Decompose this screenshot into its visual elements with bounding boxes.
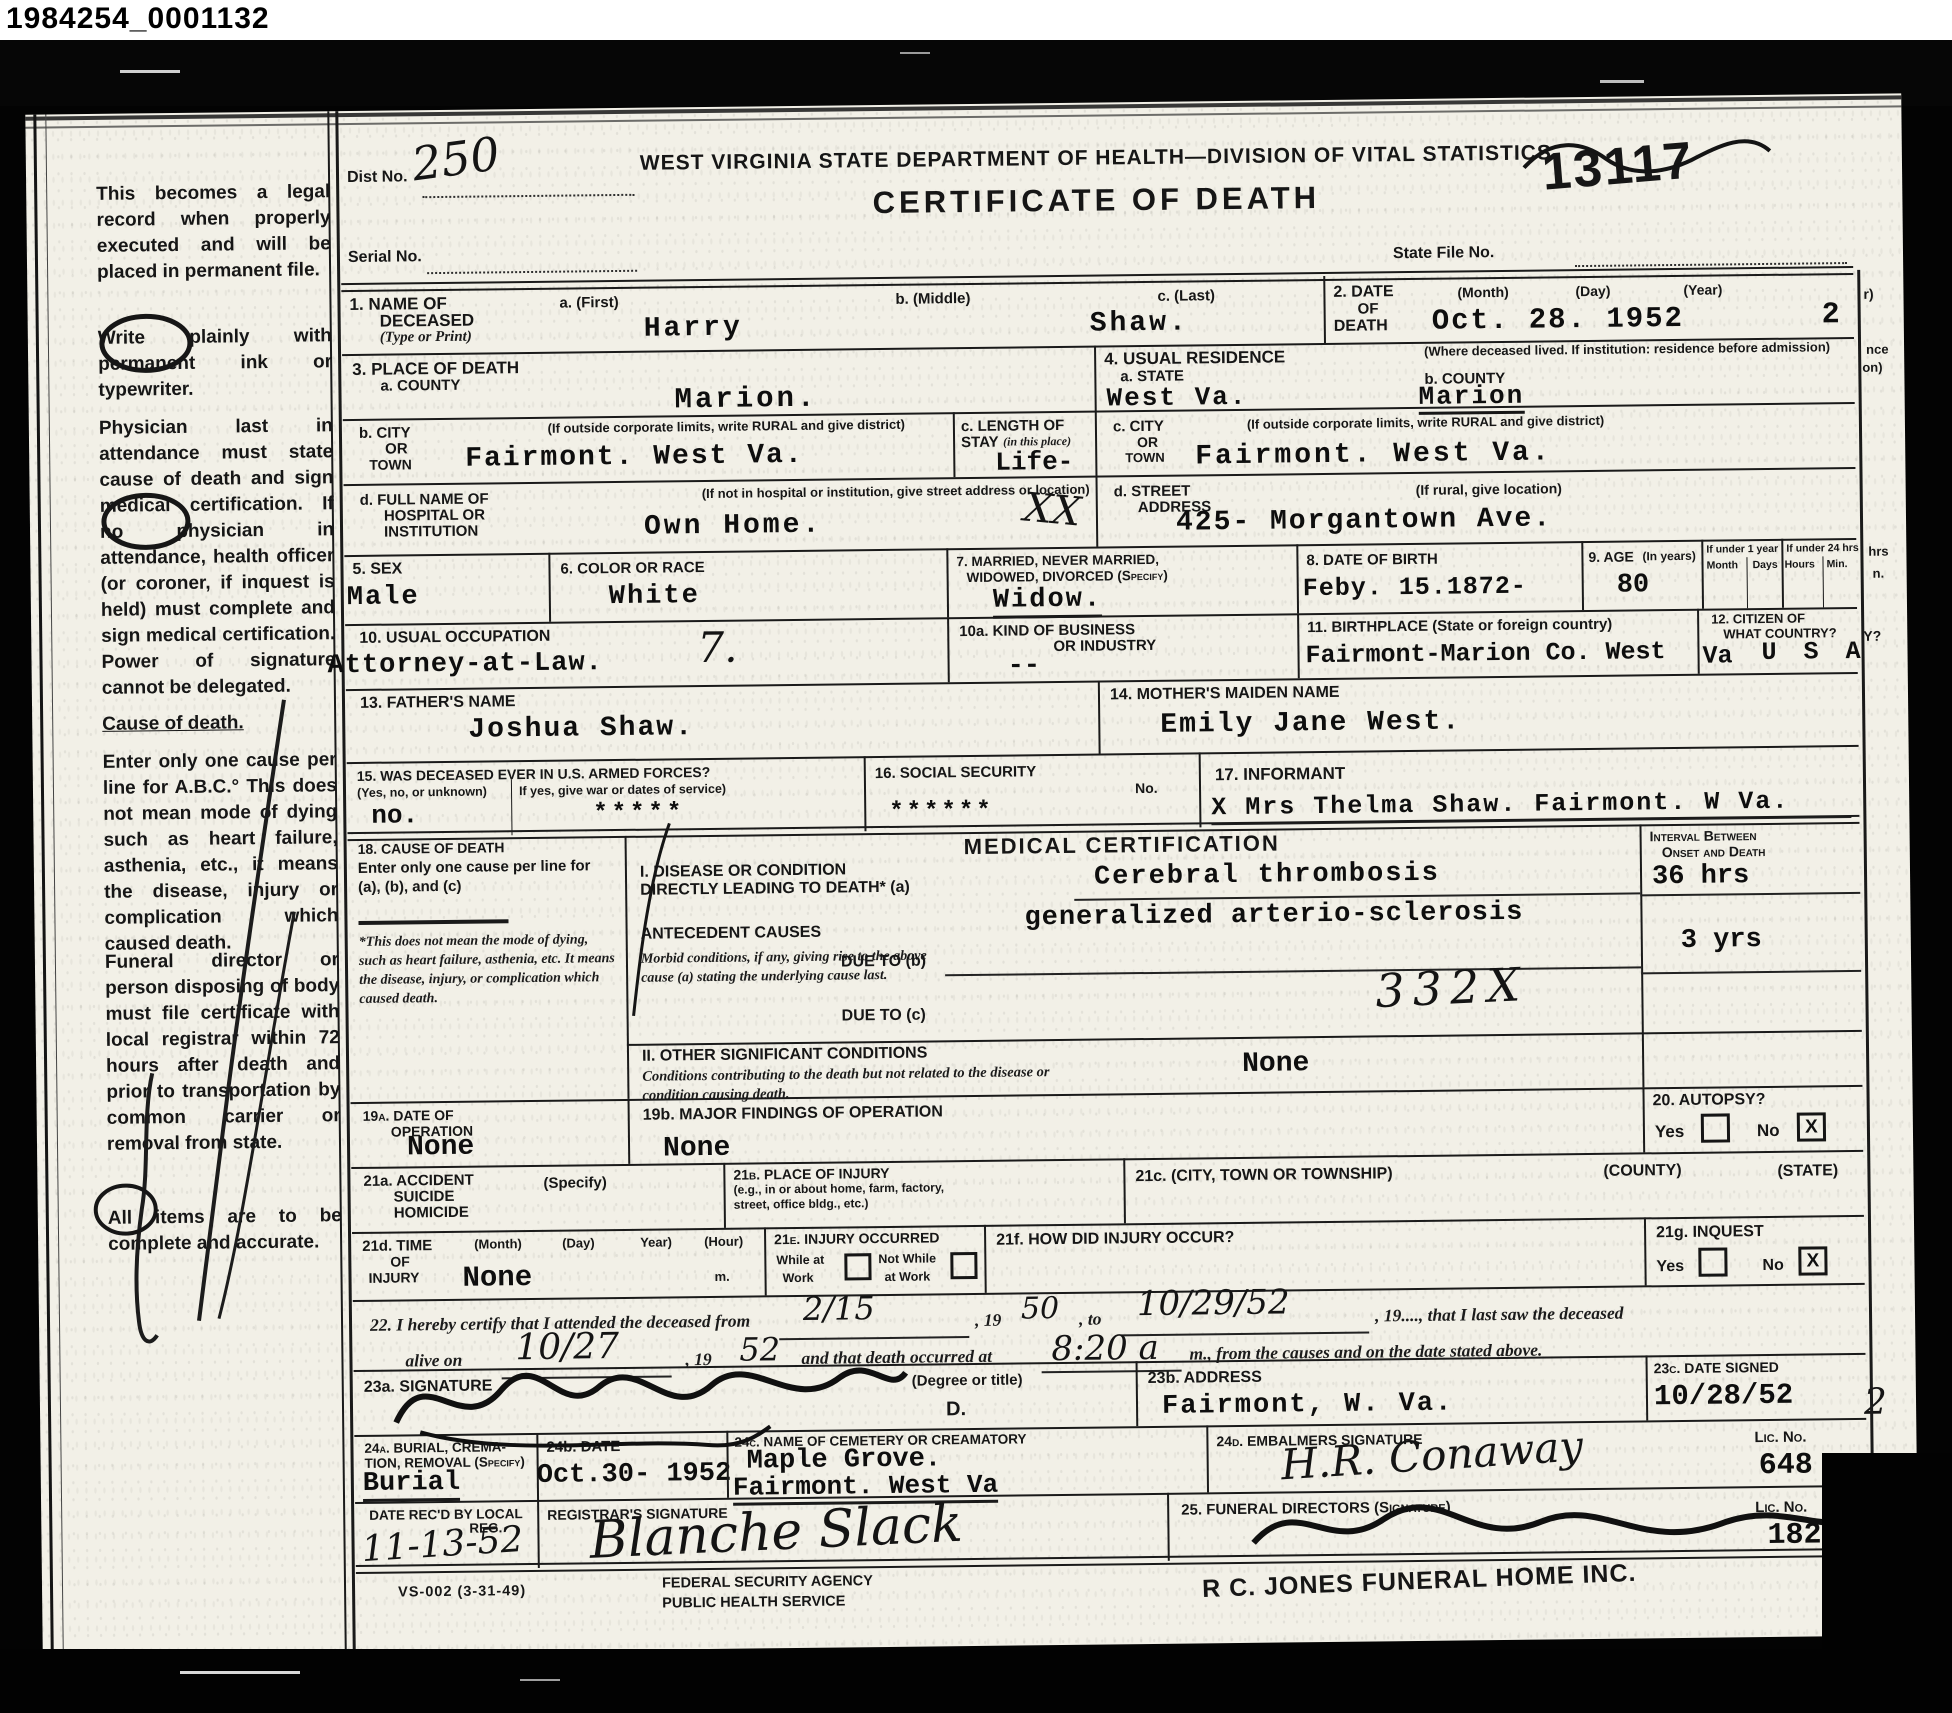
pod-city-label3: TOWN — [369, 456, 412, 472]
interval-line1 — [1640, 892, 1860, 896]
inquest-no-label: No — [1762, 1257, 1784, 1275]
form-number: VS-002 (3-31-49) — [398, 1583, 526, 1600]
page-edge-right — [1857, 270, 1875, 1555]
form-line — [723, 1163, 726, 1228]
form-line — [1781, 539, 1784, 608]
inquest-label: 21g. INQUEST — [1656, 1223, 1764, 1242]
date-signed-value: 10/28/52 — [1654, 1379, 1794, 1414]
injury-state-label: (STATE) — [1777, 1162, 1838, 1181]
toi-hour-label: (Hour) — [704, 1234, 743, 1249]
form-line — [864, 756, 867, 831]
form-line — [343, 402, 1855, 421]
state-file-stamp-number: 13117 — [1540, 131, 1696, 203]
form-line — [1123, 1158, 1126, 1223]
pod-city-value: Fairmont. West Va. — [465, 440, 804, 475]
embalmer-lic-value: 648 — [1759, 1449, 1813, 1484]
autopsy-label: 20. AUTOPSY? — [1653, 1091, 1766, 1110]
armed-forces-note2: If yes, give war or dates of service) — [519, 782, 726, 798]
due-to-b-label: DUE TO (b) — [841, 953, 926, 972]
interval-line2 — [1641, 970, 1861, 974]
inquest-yes-label: Yes — [1656, 1258, 1684, 1276]
stay-label: c. LENGTH OF — [961, 417, 1065, 435]
antecedent-label: ANTECEDENT CAUSES — [641, 924, 822, 944]
scan-fragment: Y? — [1863, 628, 1881, 644]
field1-label3: (Type or Print) — [380, 329, 472, 347]
form-line — [1644, 1217, 1647, 1285]
age-label: 9. AGE — [1588, 548, 1634, 565]
under1yr-month-label: Month — [1706, 559, 1738, 571]
middle-name-label: b. (Middle) — [895, 290, 970, 308]
certify-last-seen-date: 10/27 — [515, 1326, 619, 1368]
accident-label2: SUICIDE — [394, 1188, 455, 1206]
cause-note1: Enter only one cause per line for (a), (… — [358, 856, 610, 897]
res-county-value: Marion — [1418, 381, 1524, 415]
other-conditions-label: II. OTHER SIGNIFICANT CONDITIONS — [642, 1045, 928, 1066]
business-kind-label2: OR INDUSTRY — [1053, 637, 1156, 655]
form-line — [1746, 557, 1748, 608]
blank-line — [502, 1375, 672, 1379]
scan-fragment: r) — [1863, 286, 1873, 302]
res-city-label3: TOWN — [1125, 450, 1165, 465]
residence-note: (Where deceased lived. If institution: r… — [1424, 339, 1844, 360]
certify-year-1: 50 — [1021, 1291, 1060, 1326]
form-line — [354, 1418, 1866, 1437]
page-edge-left — [33, 115, 53, 1657]
under1yr-days-label: Days — [1752, 559, 1777, 571]
injury-city-label: 21c. (CITY, TOWN OR TOWNSHIP) — [1135, 1165, 1392, 1186]
marital-label: 7. MARRIED, NEVER MARRIED, — [956, 552, 1159, 569]
death-day-label: (Day) — [1575, 283, 1610, 299]
street-value: 425- Morgantown Ave. — [1176, 503, 1552, 538]
death-date-label: 2. DATE — [1333, 283, 1393, 302]
margin-note-one-cause: Enter only one cause per line for A.B.C.… — [103, 747, 339, 958]
place-of-injury-note: (e.g., in or about home, farm, factory, … — [733, 1180, 961, 1213]
certify-text-3: , to — [1079, 1309, 1102, 1330]
form-line — [946, 548, 949, 617]
interval-label: Interval Between — [1650, 827, 1757, 844]
form-line — [1098, 681, 1101, 754]
accident-label3: HOMICIDE — [394, 1204, 469, 1222]
time-of-injury-value: None — [462, 1261, 532, 1295]
death-date-label2: OF — [1358, 300, 1379, 317]
form-line — [625, 836, 630, 1099]
inquest-yes-checkbox — [1698, 1247, 1727, 1276]
business-kind-value: -- — [1007, 651, 1040, 681]
autopsy-yes-checkbox — [1701, 1113, 1730, 1142]
burial-value: Burial — [363, 1468, 461, 1502]
other-conditions-value: None — [1242, 1048, 1310, 1080]
burial-date-label: 24b. DATE — [546, 1438, 620, 1456]
form-line — [1095, 476, 1098, 547]
form-line — [1581, 541, 1584, 610]
armed-forces-stars: ***** — [593, 799, 685, 827]
scanned-death-certificate: 1984254_0001132 This becomes a legal rec… — [0, 0, 1952, 1713]
form-line — [511, 779, 513, 835]
form-line — [764, 1227, 767, 1295]
certify-to-date: 10/29/52 — [1137, 1282, 1290, 1324]
form-line — [1206, 1425, 1209, 1492]
mother-label: 14. MOTHER'S MAIDEN NAME — [1110, 684, 1340, 705]
scan-fragment: hrs — [1868, 544, 1888, 559]
certificate-paper: This becomes a legal record when properl… — [25, 93, 1918, 1656]
form-line — [953, 412, 956, 477]
armed-forces-label: 15. WAS DECEASED EVER IN U.S. ARMED FORC… — [357, 764, 711, 784]
form-line — [1639, 824, 1644, 1087]
margin-note-all-items: All items are to be complete and accurat… — [108, 1203, 343, 1258]
disease-label2: DIRECTLY LEADING TO DEATH* (a) — [640, 879, 910, 900]
toi-m-label: m. — [714, 1269, 729, 1284]
burial-label: 24a. BURIAL, CREMA- — [364, 1439, 506, 1456]
operation-date-label: 19a. DATE OF — [363, 1107, 454, 1124]
hospital-note: (If not in hospital or institution, give… — [650, 482, 1090, 502]
form-line — [1645, 1355, 1648, 1420]
under24hr-hours-label: Hours — [1784, 558, 1814, 570]
form-line — [1697, 609, 1700, 674]
form-line — [947, 617, 950, 682]
operation-date-value: None — [407, 1132, 475, 1164]
ssn-no-label: No. — [1135, 780, 1158, 796]
autopsy-no-checkbox: X — [1797, 1112, 1826, 1141]
agency-footer-2: PUBLIC HEALTH SERVICE — [662, 1593, 845, 1611]
operation-findings-label: 19b. MAJOR FINDINGS OF OPERATION — [643, 1103, 943, 1124]
sex-label: 5. SEX — [352, 560, 402, 579]
address-label: 23b. ADDRESS — [1148, 1369, 1262, 1388]
form-line — [548, 553, 551, 622]
occupation-handwritten-mark: 7. — [697, 623, 738, 672]
form-line — [627, 1030, 1862, 1046]
agency-footer-1: FEDERAL SECURITY AGENCY — [662, 1573, 873, 1591]
scan-noise-streak — [1600, 80, 1644, 83]
street-note: (If rural, give location) — [1416, 480, 1562, 498]
scan-bottom-band — [0, 1649, 1952, 1713]
serial-no-label: Serial No. — [348, 248, 422, 267]
scan-noise-streak — [900, 52, 930, 54]
dob-label: 8. DATE OF BIRTH — [1306, 551, 1438, 569]
form-line — [537, 1500, 540, 1568]
sex-value: Male — [347, 582, 420, 613]
first-name-value: Harry — [644, 313, 743, 345]
signature-label: 23a. SIGNATURE — [364, 1377, 493, 1396]
res-city-value: Fairmont. West Va. — [1195, 437, 1552, 472]
scan-noise-streak — [120, 70, 180, 73]
scan-noise-streak — [180, 1671, 300, 1674]
due-to-c-label: DUE TO (c) — [841, 1007, 925, 1026]
toi-month-label: (Month) — [474, 1236, 522, 1252]
first-name-label: a. (First) — [559, 294, 618, 312]
father-value: Joshua Shaw. — [468, 712, 694, 746]
time-of-injury-label: 21d. TIME — [362, 1237, 432, 1255]
form-line — [1095, 411, 1098, 476]
form-line — [347, 745, 1859, 764]
hospital-label3: INSTITUTION — [384, 523, 478, 541]
injury-notwhile-label2: at Work — [884, 1270, 930, 1285]
margin-note-legal-record: This becomes a legal record when properl… — [96, 179, 331, 286]
citizen-label: 12. CITIZEN OF — [1711, 611, 1805, 627]
stay-value: Life- — [995, 447, 1073, 478]
interval-label2: Onset and Death — [1662, 843, 1766, 860]
blank-line — [779, 1336, 969, 1340]
accident-label: 21a. ACCIDENT — [363, 1172, 473, 1190]
ssn-label: 16. SOCIAL SECURITY — [875, 763, 1037, 782]
how-injury-label: 21f. HOW DID INJURY OCCUR? — [996, 1229, 1234, 1250]
scan-fragment: on) — [1862, 360, 1882, 375]
citizen-value-spill: Va — [1702, 641, 1732, 670]
form-line — [726, 1431, 729, 1498]
autopsy-no-label: No — [1757, 1121, 1780, 1141]
armed-forces-note1: (Yes, no, or unknown) — [357, 784, 487, 799]
ssn-stars: ****** — [889, 798, 994, 826]
hospital-handwritten-mark: XX — [1022, 485, 1083, 536]
scan-header-strip: 1984254_0001132 — [0, 0, 1952, 40]
age-value: 80 — [1617, 570, 1650, 600]
under24hr-min-label: Min. — [1826, 558, 1847, 570]
injury-occurred-label: 21e. INJURY OCCURRED — [774, 1229, 940, 1247]
time-of-injury-label2: OF — [390, 1253, 410, 1269]
medical-certification-title: MEDICAL CERTIFICATION — [964, 831, 1280, 861]
address-value: Fairmont, W. Va. — [1162, 1389, 1454, 1422]
father-label: 13. FATHER'S NAME — [360, 693, 516, 713]
antecedent-value: generalized arterio-sclerosis — [1024, 898, 1523, 934]
form-line — [1323, 276, 1326, 343]
burial-date-value: Oct.30- 1952 — [537, 1459, 732, 1491]
pod-county-value: Marion. — [674, 382, 817, 417]
form-line — [1642, 1087, 1645, 1152]
degree-value: D. — [946, 1398, 966, 1421]
scan-id: 1984254_0001132 — [6, 2, 270, 36]
disease-value: Cerebral thrombosis — [1094, 859, 1440, 893]
interval-b-value: 3 yrs — [1681, 925, 1762, 956]
marital-label2: WIDOWED, DIVORCED (Specify) — [967, 568, 1168, 585]
race-label: 6. COLOR OR RACE — [560, 559, 704, 578]
pod-city-label2: OR — [385, 440, 408, 457]
form-line — [1822, 556, 1824, 607]
accident-specify-label: (Specify) — [543, 1174, 607, 1192]
cause-note2: *This does not mean the mode of dying, s… — [359, 930, 618, 1009]
toi-day-label: (Day) — [562, 1235, 595, 1250]
pod-city-label: b. CITY — [359, 424, 411, 442]
form-line — [353, 1283, 1865, 1302]
injury-notwhile-label: Not While — [878, 1251, 936, 1266]
scan-fragment: 2 — [1822, 298, 1840, 332]
form-line — [1094, 346, 1097, 411]
citizen-value: U S A — [1761, 637, 1866, 667]
degree-label: (Degree or title) — [912, 1371, 1023, 1389]
place-of-injury-label: 21b. PLACE OF INJURY — [733, 1165, 889, 1183]
last-name-value: Shaw. — [1090, 308, 1189, 340]
stay-label2: STAY — [961, 434, 999, 451]
death-date-label3: DEATH — [1334, 317, 1388, 336]
informant-label: 17. INFORMANT — [1215, 764, 1346, 785]
race-value: White — [609, 581, 700, 612]
serial-no-line — [427, 270, 637, 274]
margin-heading-cause-of-death: Cause of death. — [102, 709, 336, 738]
margin-note-write-plainly: Write plainly with permanent ink or type… — [98, 323, 333, 404]
scan-noise-streak — [520, 1679, 560, 1681]
form-line — [351, 1085, 1863, 1104]
scan-fragment: nce — [1866, 342, 1889, 357]
certify-year-2: 52 — [739, 1330, 780, 1368]
funeral-director-label: 25. FUNERAL DIRECTORS (Signature) — [1181, 1499, 1451, 1519]
toi-year-label: Year) — [640, 1234, 672, 1249]
scan-fragment: 2 — [1864, 1382, 1887, 1423]
armed-forces-value: no. — [371, 800, 418, 831]
pod-county-label: a. COUNTY — [380, 377, 460, 395]
cause-note-rule — [358, 919, 508, 925]
birthplace-label: 11. BIRTHPLACE (State or foreign country… — [1307, 616, 1612, 636]
time-of-injury-label3: INJURY — [368, 1269, 419, 1286]
res-city-note: (If outside corporate limits, write RURA… — [1247, 413, 1604, 432]
fd-lic-label: Lic. No. — [1755, 1499, 1807, 1517]
embalmer-lic-label: Lic. No. — [1754, 1429, 1806, 1447]
inquest-no-checkbox: X — [1798, 1246, 1827, 1275]
age-note: (In years) — [1642, 549, 1696, 564]
injury-while-label2: Work — [782, 1271, 813, 1285]
injury-while-label: While at — [776, 1253, 824, 1268]
dob-value: Feby. 15.1872- — [1303, 572, 1527, 604]
res-city-label: c. CITY — [1113, 418, 1164, 436]
residence-label: 4. USUAL RESIDENCE — [1104, 347, 1285, 369]
death-month-label: (Month) — [1457, 284, 1508, 301]
form-line — [1296, 544, 1299, 613]
cause-of-death-label: 18. CAUSE OF DEATH — [358, 839, 505, 857]
birthplace-value: Fairmont-Marion Co. West — [1305, 637, 1665, 670]
scan-fragment: n. — [1873, 566, 1885, 581]
margin-note-physician: Physician last in attendance must state … — [99, 413, 336, 702]
autopsy-yes-label: Yes — [1655, 1122, 1685, 1142]
form-line — [1701, 540, 1704, 609]
under24hr-label: If under 24 hrs — [1786, 542, 1858, 555]
disease-label: I. DISEASE OR CONDITION — [640, 861, 846, 881]
injury-county-label: (COUNTY) — [1603, 1162, 1681, 1181]
funeral-home-stamp: R C. JONES FUNERAL HOME INC. — [1202, 1559, 1637, 1604]
sidebar-rule-inner — [335, 111, 355, 1653]
hospital-value: Own Home. — [644, 510, 823, 543]
last-name-label: c. (Last) — [1157, 287, 1215, 305]
res-city-label2: OR — [1137, 434, 1158, 450]
form-line — [1199, 752, 1202, 827]
margin-note-funeral-director: Funeral director or person disposing of … — [105, 947, 341, 1158]
pod-city-note: (If outside corporate limits, write RURA… — [485, 417, 905, 437]
due-to-c-handwritten: 332X — [1374, 957, 1529, 1018]
injury-notwhile-checkbox — [950, 1252, 977, 1279]
certify-text-2: , 19 — [975, 1310, 1001, 1331]
due-to-b-line — [945, 966, 1641, 976]
state-file-label: State File No. — [1393, 244, 1495, 263]
certify-text-4: , 19...., that I last saw the deceased — [1375, 1303, 1624, 1327]
date-signed-label: 23c. DATE SIGNED — [1654, 1359, 1779, 1376]
mother-value: Emily Jane West. — [1160, 706, 1461, 740]
form-line — [1297, 613, 1300, 678]
death-date-value: Oct. 28. 1952 — [1432, 302, 1685, 338]
marital-value: Widow. — [993, 585, 1103, 619]
form-line — [628, 1099, 631, 1164]
under1yr-label: If under 1 year — [1706, 543, 1778, 556]
occupation-label: 10. USUAL OCCUPATION — [359, 628, 550, 648]
certify-from-date: 2/15 — [803, 1289, 875, 1328]
death-year-label: (Year) — [1683, 281, 1722, 297]
form-line — [1167, 1493, 1170, 1561]
occupation-value: Attorney-at-Law. — [327, 648, 603, 681]
operation-findings-value: None — [663, 1133, 731, 1165]
interval-a-value: 36 hrs — [1652, 861, 1750, 892]
injury-while-checkbox — [844, 1253, 871, 1280]
form-line — [984, 1225, 987, 1293]
